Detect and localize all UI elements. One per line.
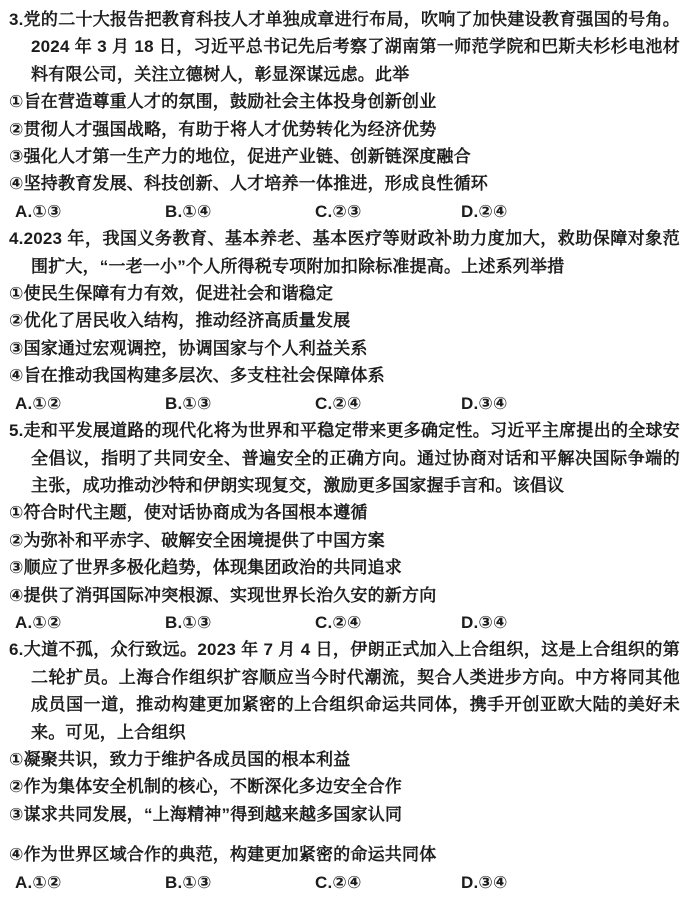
question-5-statement-2: ②为弥补和平赤字、破解安全困境提供了中国方案 xyxy=(9,527,680,554)
question-5-options-row: A.①② B.①③ C.②④ D.③④ xyxy=(9,609,680,636)
question-5-statement-1: ①符合时代主题，使对话协商成为各国根本遵循 xyxy=(9,499,680,526)
question-4-stem-text: 2023 年，我国义务教育、基本养老、基本医疗等财政补助力度加大，救助保障对象范… xyxy=(24,229,680,275)
question-4-statement-1: ①使民生保障有力有效，促进社会和谐稳定 xyxy=(9,280,680,307)
question-6-number: 6. xyxy=(9,640,24,659)
question-5-option-b: B.①③ xyxy=(165,609,315,636)
question-6-stem: 6.大道不孤，众行致远。2023 年 7 月 4 日，伊朗正式加入上合组织，这是… xyxy=(9,636,680,746)
question-6-statement-3: ③谋求共同发展，“上海精神”得到越来越多国家认同 xyxy=(9,801,680,828)
question-3-stem-text: 党的二十大报告把教育科技人才单独成章进行布局，吹响了加快建设教育强国的号角。20… xyxy=(24,10,680,84)
question-4-statement-2: ②优化了居民收入结构，推动经济高质量发展 xyxy=(9,307,680,334)
question-4-stem: 4.2023 年，我国义务教育、基本养老、基本医疗等财政补助力度加大，救助保障对… xyxy=(9,225,680,280)
question-4-statement-3: ③国家通过宏观调控，协调国家与个人利益关系 xyxy=(9,335,680,362)
question-3-option-a: A.①③ xyxy=(15,198,165,225)
question-6-stem-text: 大道不孤，众行致远。2023 年 7 月 4 日，伊朗正式加入上合组织，这是上合… xyxy=(24,640,680,741)
question-6-option-d: D.③④ xyxy=(461,869,680,896)
question-4-options-row: A.①② B.①③ C.②④ D.③④ xyxy=(9,390,680,417)
question-4: 4.2023 年，我国义务教育、基本养老、基本医疗等财政补助力度加大，救助保障对… xyxy=(9,225,680,417)
question-6-option-a: A.①② xyxy=(15,869,165,896)
question-3-option-c: C.②③ xyxy=(315,198,461,225)
question-6-option-b: B.①③ xyxy=(165,869,315,896)
question-3-statement-1: ①旨在营造尊重人才的氛围，鼓励社会主体投身创新创业 xyxy=(9,88,680,115)
question-3: 3.党的二十大报告把教育科技人才单独成章进行布局，吹响了加快建设教育强国的号角。… xyxy=(9,6,680,225)
question-4-option-a: A.①② xyxy=(15,390,165,417)
question-3-stem: 3.党的二十大报告把教育科技人才单独成章进行布局，吹响了加快建设教育强国的号角。… xyxy=(9,6,680,88)
question-3-option-d: D.②④ xyxy=(461,198,680,225)
question-4-option-b: B.①③ xyxy=(165,390,315,417)
question-3-statement-2: ②贯彻人才强国战略，有助于将人才优势转化为经济优势 xyxy=(9,116,680,143)
question-5-stem-text: 走和平发展道路的现代化将为世界和平稳定带来更多确定性。习近平主席提出的全球安全倡… xyxy=(24,421,680,495)
question-6-statement-2: ②作为集体安全机制的核心，不断深化多边安全合作 xyxy=(9,773,680,800)
question-4-statement-4: ④旨在推动我国构建多层次、多支柱社会保障体系 xyxy=(9,362,680,389)
question-4-number: 4. xyxy=(9,229,24,248)
question-3-option-b: B.①④ xyxy=(165,198,315,225)
question-3-options-row: A.①③ B.①④ C.②③ D.②④ xyxy=(9,198,680,225)
question-3-statement-3: ③强化人才第一生产力的地位，促进产业链、创新链深度融合 xyxy=(9,143,680,170)
question-6-statement-4: ④作为世界区域合作的典范，构建更加紧密的命运共同体 xyxy=(9,841,680,868)
question-3-number: 3. xyxy=(9,10,24,29)
question-5-statement-4: ④提供了消弭国际冲突根源、实现世界长治久安的新方向 xyxy=(9,582,680,609)
question-5-option-a: A.①② xyxy=(15,609,165,636)
question-6-option-c: C.②④ xyxy=(315,869,461,896)
question-3-statement-4: ④坚持教育发展、科技创新、人才培养一体推进，形成良性循环 xyxy=(9,170,680,197)
question-5-stem: 5.走和平发展道路的现代化将为世界和平稳定带来更多确定性。习近平主席提出的全球安… xyxy=(9,417,680,499)
question-6-options-row: A.①② B.①③ C.②④ D.③④ xyxy=(9,869,680,896)
question-4-option-d: D.③④ xyxy=(461,390,680,417)
question-6: 6.大道不孤，众行致远。2023 年 7 月 4 日，伊朗正式加入上合组织，这是… xyxy=(9,636,680,896)
question-5-statement-3: ③顺应了世界多极化趋势，体现集团政治的共同追求 xyxy=(9,554,680,581)
exam-page: 3.党的二十大报告把教育科技人才单独成章进行布局，吹响了加快建设教育强国的号角。… xyxy=(0,0,692,908)
question-5-number: 5. xyxy=(9,421,24,440)
question-5-option-c: C.②④ xyxy=(315,609,461,636)
question-4-option-c: C.②④ xyxy=(315,390,461,417)
question-5: 5.走和平发展道路的现代化将为世界和平稳定带来更多确定性。习近平主席提出的全球安… xyxy=(9,417,680,636)
question-5-option-d: D.③④ xyxy=(461,609,680,636)
question-6-statement-1: ①凝聚共识，致力于维护各成员国的根本利益 xyxy=(9,746,680,773)
